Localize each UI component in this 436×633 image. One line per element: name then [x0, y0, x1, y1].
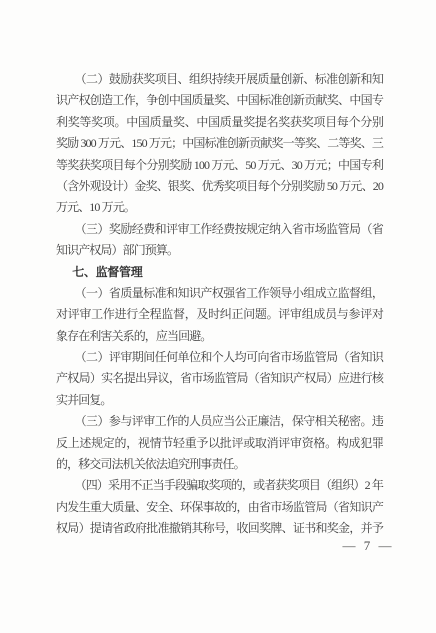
- text-line: 等奖获奖项目每个分别奖励 100 万元、50 万元、30 万元；中国专利: [56, 155, 383, 176]
- text-line: （四）采用不正当手段骗取奖项的，或者获奖项目（组织）2 年: [56, 475, 383, 496]
- page-number: — 7 —: [343, 538, 395, 554]
- text-line: 知识产权局）部门预算。: [56, 240, 383, 261]
- paragraph: （二）鼓励获奖项目、组织持续开展质量创新、标准创新和知识产权创造工作，争创中国质…: [56, 69, 383, 219]
- text-line: 的，移交司法机关依法追究刑事责任。: [56, 454, 383, 475]
- text-line: （三）参与评审工作的人员应当公正廉洁，保守相关秘密。违: [56, 411, 383, 432]
- text-line: （一）省质量标准和知识产权强省工作领导小组成立监督组，: [56, 283, 383, 304]
- text-line: 象存在利害关系的，应当回避。: [56, 326, 383, 347]
- text-line: 奖励 300 万元、150 万元；中国标准创新贡献奖一等奖、二等奖、三: [56, 133, 383, 154]
- heading-line: 七、监督管理: [56, 262, 383, 283]
- paragraph: （四）采用不正当手段骗取奖项的，或者获奖项目（组织）2 年内发生重大质量、安全、…: [56, 475, 383, 539]
- paragraph: （三）参与评审工作的人员应当公正廉洁，保守相关秘密。违反上述规定的，视情节轻重予…: [56, 411, 383, 475]
- text-line: 内发生重大质量、安全、环保事故的，由省市场监管局（省知识产: [56, 497, 383, 518]
- text-line: （二）评审期间任何单位和个人均可向省市场监管局（省知识: [56, 347, 383, 368]
- text-line: 万元、10 万元。: [56, 197, 383, 218]
- text-line: 利奖等奖项。中国质量奖、中国质量奖提名奖获奖项目每个分别: [56, 112, 383, 133]
- paragraph: （一）省质量标准和知识产权强省工作领导小组成立监督组，对评审工作进行全程监督，及…: [56, 283, 383, 347]
- paragraph: （二）评审期间任何单位和个人均可向省市场监管局（省知识产权局）实名提出异议，省市…: [56, 347, 383, 411]
- section-heading: 七、监督管理: [56, 262, 383, 283]
- text-line: 权局）提请省政府批准撤销其称号，收回奖牌、证书和奖金，并予: [56, 518, 383, 539]
- text-line: （二）鼓励获奖项目、组织持续开展质量创新、标准创新和知: [56, 69, 383, 90]
- text-line: （含外观设计）金奖、银奖、优秀奖项目每个分别奖励 50 万元、20: [56, 176, 383, 197]
- text-line: 反上述规定的，视情节轻重予以批评或取消评审资格。构成犯罪: [56, 433, 383, 454]
- text-line: 识产权创造工作，争创中国质量奖、中国标准创新贡献奖、中国专: [56, 90, 383, 111]
- text-line: 对评审工作进行全程监督，及时纠正问题。评审组成员与参评对: [56, 304, 383, 325]
- text-block: （二）鼓励获奖项目、组织持续开展质量创新、标准创新和知识产权创造工作，争创中国质…: [56, 69, 383, 540]
- text-line: （三）奖励经费和评审工作经费按规定纳入省市场监管局（省: [56, 219, 383, 240]
- text-line: 实并回复。: [56, 390, 383, 411]
- paragraph: （三）奖励经费和评审工作经费按规定纳入省市场监管局（省知识产权局）部门预算。: [56, 219, 383, 262]
- document-page: （二）鼓励获奖项目、组织持续开展质量创新、标准创新和知识产权创造工作，争创中国质…: [0, 0, 436, 633]
- text-line: 产权局）实名提出异议，省市场监管局（省知识产权局）应进行核: [56, 368, 383, 389]
